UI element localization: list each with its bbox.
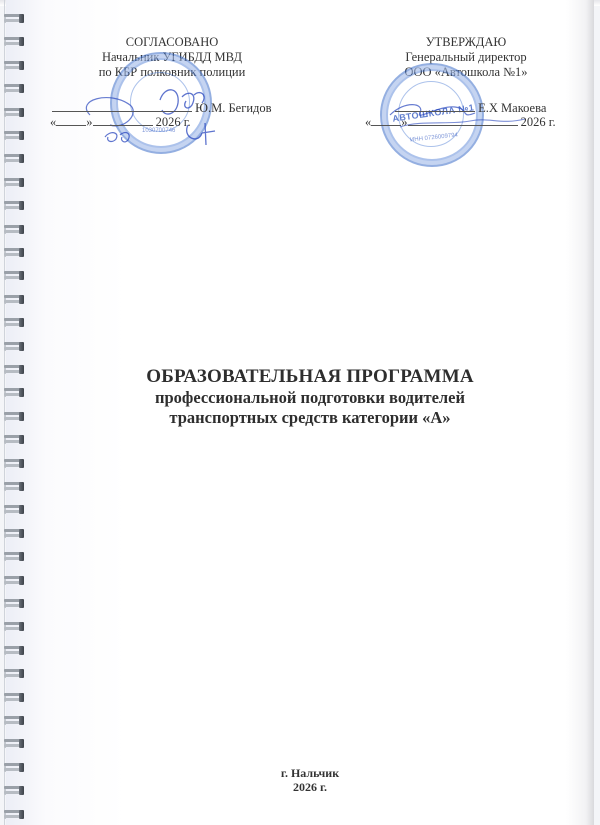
- signatory-right: Е.Х Макоева: [478, 101, 546, 115]
- title-line-2: профессиональной подготовки водителей: [60, 388, 560, 408]
- document-title: ОБРАЗОВАТЕЛЬНАЯ ПРОГРАММА профессиональн…: [60, 366, 560, 428]
- spiral-ring: [4, 154, 24, 163]
- approval-heading-right: УТВЕРЖДАЮ: [346, 35, 586, 50]
- spiral-ring: [4, 37, 24, 46]
- spiral-ring: [4, 342, 24, 351]
- spiral-ring: [4, 505, 24, 514]
- spiral-ring: [4, 693, 24, 702]
- approval-position-right-1: Генеральный директор: [346, 50, 586, 65]
- date-line-right: «» 2026 г.: [365, 114, 556, 130]
- approval-heading-left: СОГЛАСОВАНО: [52, 35, 292, 50]
- spiral-ring: [4, 14, 24, 23]
- spiral-ring: [4, 271, 24, 280]
- spiral-ring: [4, 225, 24, 234]
- spiral-ring: [4, 810, 24, 819]
- title-line-3: транспортных средств категории «А»: [60, 408, 560, 428]
- spiral-ring: [4, 108, 24, 117]
- signatory-left: Ю.М. Бегидов: [195, 101, 271, 115]
- date-line-left: «» 2026 г.: [50, 114, 191, 130]
- spiral-ring: [4, 318, 24, 327]
- date-year-right: 2026 г.: [521, 115, 556, 129]
- spiral-ring: [4, 576, 24, 585]
- spiral-ring: [4, 763, 24, 772]
- spiral-ring: [4, 716, 24, 725]
- document-footer: г. Нальчик 2026 г.: [230, 766, 390, 794]
- spiral-ring: [4, 599, 24, 608]
- spiral-ring: [4, 622, 24, 631]
- spiral-ring: [4, 646, 24, 655]
- spiral-ring: [4, 669, 24, 678]
- approval-block-right: УТВЕРЖДАЮ Генеральный директор ООО «Авто…: [346, 35, 586, 80]
- spiral-ring: [4, 739, 24, 748]
- spiral-ring: [4, 131, 24, 140]
- spiral-ring: [4, 786, 24, 795]
- spiral-ring: [4, 201, 24, 210]
- spiral-ring: [4, 412, 24, 421]
- spiral-ring: [4, 529, 24, 538]
- spiral-ring: [4, 84, 24, 93]
- title-line-1: ОБРАЗОВАТЕЛЬНАЯ ПРОГРАММА: [60, 366, 560, 388]
- footer-year: 2026 г.: [230, 780, 390, 794]
- spiral-ring: [4, 248, 24, 257]
- footer-city: г. Нальчик: [230, 766, 390, 780]
- spiral-binding: [0, 0, 30, 825]
- spiral-ring: [4, 365, 24, 374]
- spiral-ring: [4, 482, 24, 491]
- spiral-ring: [4, 295, 24, 304]
- spiral-ring: [4, 435, 24, 444]
- date-year-left: 2026 г.: [156, 115, 191, 129]
- spiral-ring: [4, 388, 24, 397]
- spiral-ring: [4, 178, 24, 187]
- spiral-ring: [4, 459, 24, 468]
- spiral-ring: [4, 61, 24, 70]
- spiral-ring: [4, 552, 24, 561]
